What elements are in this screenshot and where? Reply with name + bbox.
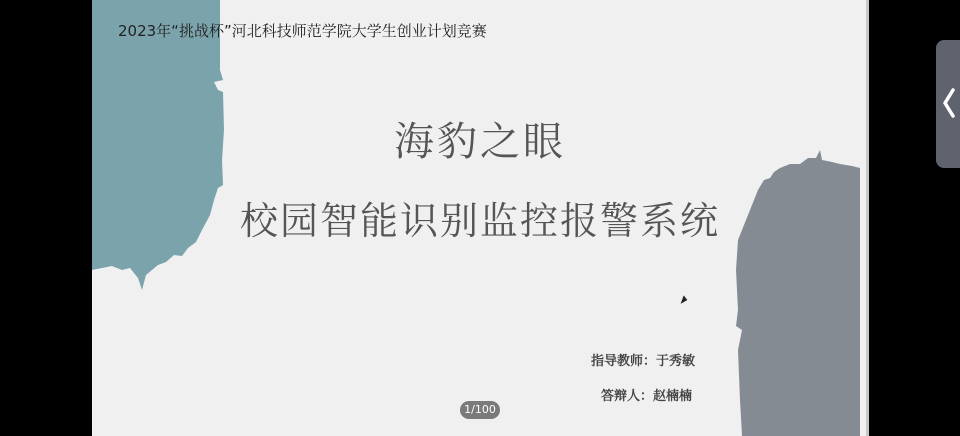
- slide-title: 海豹之眼: [92, 110, 868, 167]
- presentation-slide: 2023年“挑战杯”河北科技师范学院大学生创业计划竞赛 海豹之眼 校园智能识别监…: [92, 0, 868, 436]
- slide-edge-divider: [866, 0, 869, 436]
- side-panel-toggle-button[interactable]: [936, 40, 960, 168]
- chevron-left-icon: [942, 88, 956, 118]
- advisor-credit: 指导教师：于秀敏: [591, 350, 695, 369]
- competition-header: 2023年“挑战杯”河北科技师范学院大学生创业计划竞赛: [118, 20, 487, 41]
- slide-subtitle: 校园智能识别监控报警系统: [92, 190, 868, 245]
- mouse-cursor-icon: [681, 295, 689, 305]
- page-indicator[interactable]: 1/100: [460, 401, 500, 419]
- presenter-credit: 答辩人：赵楠楠: [601, 385, 692, 404]
